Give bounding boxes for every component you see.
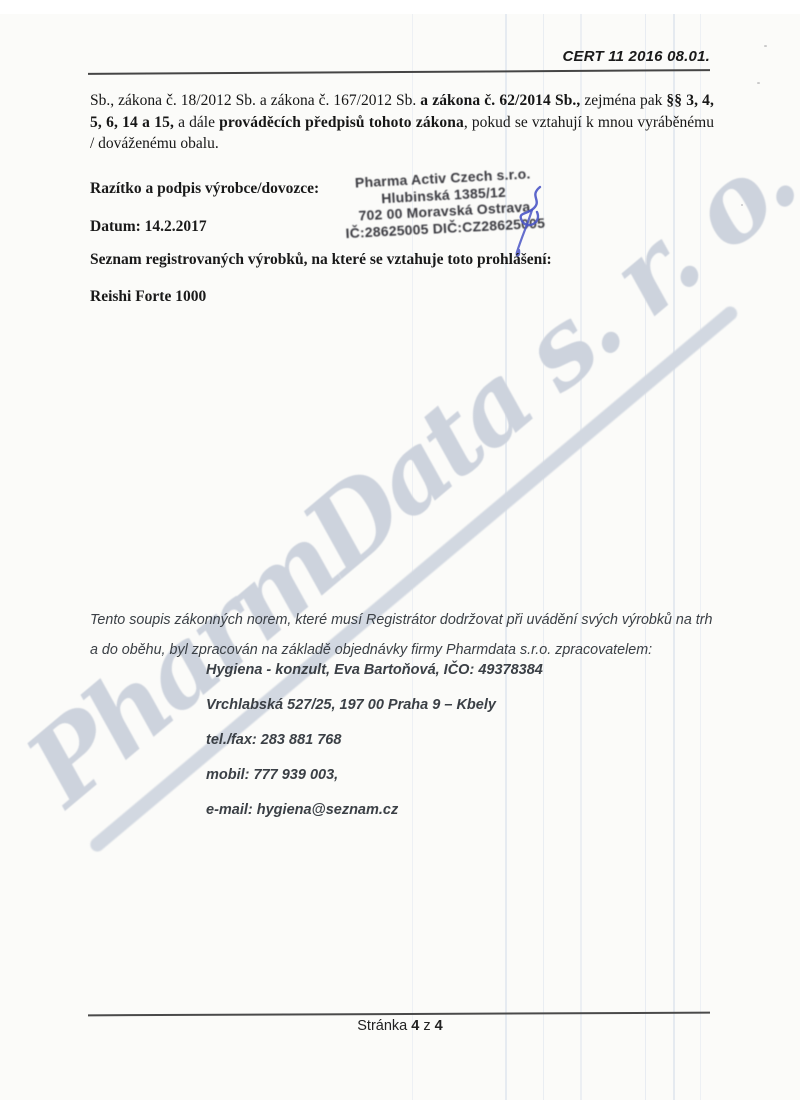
stamp-signature-label: Razítko a podpis výrobce/dovozce: — [90, 180, 319, 198]
contact-address: Vrchlabská 527/25, 197 00 Praha 9 – Kbel… — [206, 697, 543, 732]
page-number: Stránka 4 z 4 — [0, 1018, 800, 1034]
contact-email: e-mail: hygiena@seznam.cz — [206, 802, 543, 837]
contact-company: Hygiena - konzult, Eva Bartoňová, IČO: 4… — [206, 662, 543, 697]
document-content: CERT 11 2016 08.01. Sb., zákona č. 18/20… — [0, 0, 800, 1100]
scanned-document-page: PharmData s. r. o. CERT 11 2016 08.01. S… — [0, 0, 800, 1100]
date-line: Datum: 14.2.2017 — [90, 218, 207, 236]
legal-paragraph: Sb., zákona č. 18/2012 Sb. a zákona č. 1… — [90, 90, 714, 155]
legal-bold-segment: a zákona č. 62/2014 Sb., — [420, 92, 580, 109]
signature-scribble — [496, 184, 554, 260]
disclaimer-paragraph: Tento soupis zákonných norem, které musí… — [90, 605, 722, 665]
registered-products-heading: Seznam registrovaných výrobků, na které … — [90, 251, 552, 269]
legal-segment: Sb., zákona č. 18/2012 Sb. a zákona č. 1… — [90, 92, 420, 109]
header-rule — [88, 69, 710, 75]
legal-segment: zejména pak — [580, 92, 666, 109]
page-current: 4 — [411, 1018, 419, 1034]
contact-telfax: tel./fax: 283 881 768 — [206, 732, 543, 767]
page-of-word: z — [423, 1018, 430, 1034]
contact-mobile: mobil: 777 939 003, — [206, 767, 543, 802]
page-total: 4 — [435, 1018, 443, 1034]
footer-rule — [88, 1012, 710, 1016]
page-word: Stránka — [357, 1018, 407, 1034]
legal-bold-segment: prováděcích předpisů tohoto zákona — [219, 114, 464, 131]
product-name: Reishi Forte 1000 — [90, 288, 206, 306]
legal-segment: a dále — [174, 114, 219, 131]
processor-contact-block: Hygiena - konzult, Eva Bartoňová, IČO: 4… — [206, 662, 543, 837]
header-reference: CERT 11 2016 08.01. — [562, 48, 710, 65]
